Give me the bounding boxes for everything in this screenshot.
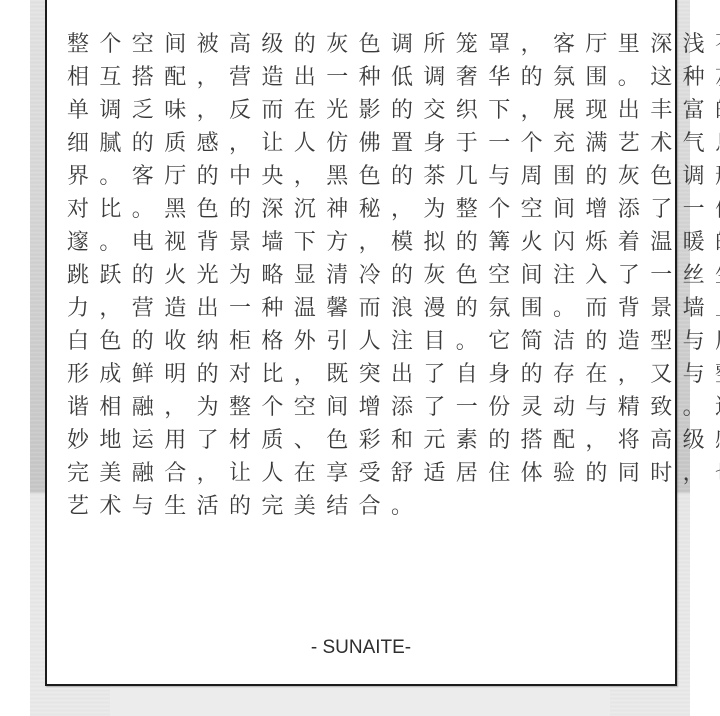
- article-line: 形成鲜明的对比，既突出了自身的存在，又与整个空间和: [67, 358, 667, 391]
- article-line: 谐相融，为整个空间增添了一份灵动与精致。这个空间巧: [67, 391, 667, 424]
- article-line: 单调乏味，反而在光影的交织下，展现出丰富的层次感和: [67, 94, 667, 127]
- article-line: 妙地运用了材质、色彩和元素的搭配，将高级感与温馨感: [67, 424, 667, 457]
- article-line: 跳跃的火光为略显清冷的灰色空间注入了一丝生机与活: [67, 259, 667, 292]
- article-line: 艺术与生活的完美结合。: [67, 490, 667, 523]
- article-line: 界。客厅的中央，黑色的茶几与周围的灰色调形成强烈的: [67, 160, 667, 193]
- article-line: 完美融合，让人在享受舒适居住体验的同时，也能感受到: [67, 457, 667, 490]
- brand-signature: - SUNAITE-: [47, 637, 675, 659]
- article-body: 整个空间被高级的灰色调所笼罩，客厅里深浅不一的灰色 相互搭配，营造出一种低调奢华…: [67, 28, 667, 523]
- article-line: 力，营造出一种温馨而浪漫的氛围。而背景墙上方，一个: [67, 292, 667, 325]
- article-line: 白色的收纳柜格外引人注目。它简洁的造型与周围的环境: [67, 325, 667, 358]
- article-line: 相互搭配，营造出一种低调奢华的氛围。这种灰色调并非: [67, 61, 667, 94]
- article-line: 对比。黑色的深沉神秘，为整个空间增添了一份庄重与深: [67, 193, 667, 226]
- lower-background-panel: [110, 686, 610, 716]
- article-line: 邃。电视背景墙下方，模拟的篝火闪烁着温暖的光芒，那: [67, 226, 667, 259]
- article-card: 整个空间被高级的灰色调所笼罩，客厅里深浅不一的灰色 相互搭配，营造出一种低调奢华…: [45, 0, 677, 686]
- article-line: 细腻的质感，让人仿佛置身于一个充满艺术气息的静谧世: [67, 127, 667, 160]
- article-line: 整个空间被高级的灰色调所笼罩，客厅里深浅不一的灰色: [67, 28, 667, 61]
